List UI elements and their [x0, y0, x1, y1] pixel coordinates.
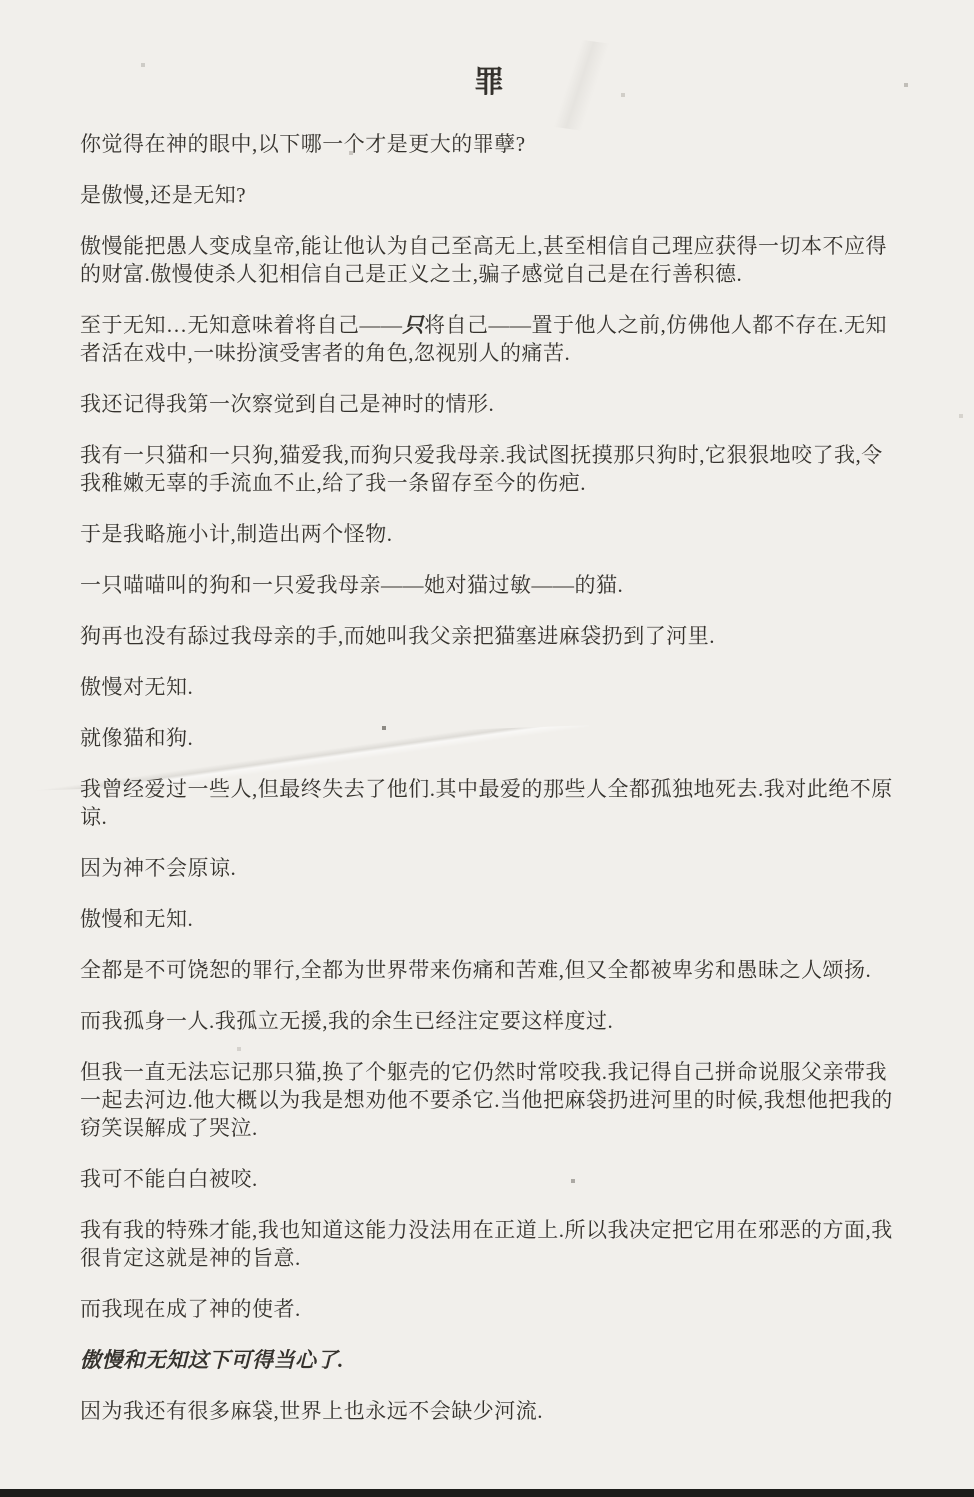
paragraph: 你觉得在神的眼中,以下哪一个才是更大的罪孽?: [80, 130, 900, 158]
paragraph-text: 一只喵喵叫的狗和一只爱我母亲——她对猫过敏——的猫.: [80, 573, 623, 597]
paragraph-text: 傲慢对无知.: [80, 675, 193, 699]
paragraph-text: 傲慢和无知这下可得当心了.: [80, 1348, 344, 1372]
document-body: 你觉得在神的眼中,以下哪一个才是更大的罪孽?是傲慢,还是无知?傲慢能把愚人变成皇…: [80, 130, 900, 1425]
paragraph: 傲慢和无知.: [80, 905, 900, 933]
paragraph-text: 至于无知…无知意味着将自己——: [80, 313, 403, 337]
paragraph: 傲慢和无知这下可得当心了.: [80, 1346, 900, 1374]
paragraph-text: 傲慢能把愚人变成皇帝,能让他认为自己至高无上,甚至相信自己理应获得一切本不应得的…: [80, 234, 887, 286]
note-content: 罪 你觉得在神的眼中,以下哪一个才是更大的罪孽?是傲慢,还是无知?傲慢能把愚人变…: [80, 64, 900, 1448]
paper-specks: [0, 0, 2, 2]
paragraph-text: 就像猫和狗.: [80, 726, 193, 750]
paragraph: 因为神不会原谅.: [80, 854, 900, 882]
paragraph: 全都是不可饶恕的罪行,全都为世界带来伤痛和苦难,但又全都被卑劣和愚昧之人颂扬.: [80, 956, 900, 984]
paragraph: 我曾经爱过一些人,但最终失去了他们.其中最爱的那些人全都孤独地死去.我对此绝不原…: [80, 775, 900, 831]
paragraph-text: 我可不能白白被咬.: [80, 1167, 258, 1191]
paragraph: 而我孤身一人.我孤立无援,我的余生已经注定要这样度过.: [80, 1007, 900, 1035]
photo-edge-bottom: [0, 1489, 974, 1497]
paragraph-text: 因为我还有很多麻袋,世界上也永远不会缺少河流.: [80, 1399, 543, 1423]
paragraph: 我有我的特殊才能,我也知道这能力没法用在正道上.所以我决定把它用在邪恶的方面,我…: [80, 1216, 900, 1272]
paragraph: 因为我还有很多麻袋,世界上也永远不会缺少河流.: [80, 1397, 900, 1425]
paragraph-text: 狗再也没有舔过我母亲的手,而她叫我父亲把猫塞进麻袋扔到了河里.: [80, 624, 715, 648]
paragraph: 是傲慢,还是无知?: [80, 181, 900, 209]
paragraph: 于是我略施小计,制造出两个怪物.: [80, 520, 900, 548]
paragraph: 就像猫和狗.: [80, 724, 900, 752]
paragraph: 傲慢能把愚人变成皇帝,能让他认为自己至高无上,甚至相信自己理应获得一切本不应得的…: [80, 232, 900, 288]
note-title: 罪: [80, 64, 900, 102]
paragraph-text: 我有我的特殊才能,我也知道这能力没法用在正道上.所以我决定把它用在邪恶的方面,我…: [80, 1218, 893, 1270]
paragraph-text: 是傲慢,还是无知?: [80, 183, 246, 207]
paragraph-text: 我还记得我第一次察觉到自己是神时的情形.: [80, 392, 494, 416]
paragraph-text: 全都是不可饶恕的罪行,全都为世界带来伤痛和苦难,但又全都被卑劣和愚昧之人颂扬.: [80, 958, 871, 982]
paper-page: 罪 你觉得在神的眼中,以下哪一个才是更大的罪孽?是傲慢,还是无知?傲慢能把愚人变…: [0, 0, 974, 1497]
paragraph: 但我一直无法忘记那只猫,换了个躯壳的它仍然时常咬我.我记得自己拼命说服父亲带我一…: [80, 1058, 900, 1142]
paragraph-text: 而我现在成了神的使者.: [80, 1297, 301, 1321]
paragraph: 我可不能白白被咬.: [80, 1165, 900, 1193]
paragraph-text: 而我孤身一人.我孤立无援,我的余生已经注定要这样度过.: [80, 1009, 613, 1033]
paragraph-text: 但我一直无法忘记那只猫,换了个躯壳的它仍然时常咬我.我记得自己拼命说服父亲带我一…: [80, 1060, 893, 1140]
paragraph-text: 因为神不会原谅.: [80, 856, 236, 880]
paragraph: 而我现在成了神的使者.: [80, 1295, 900, 1323]
paragraph: 狗再也没有舔过我母亲的手,而她叫我父亲把猫塞进麻袋扔到了河里.: [80, 622, 900, 650]
paragraph: 我有一只猫和一只狗,猫爱我,而狗只爱我母亲.我试图抚摸那只狗时,它狠狠地咬了我,…: [80, 441, 900, 497]
paragraph-text: 我有一只猫和一只狗,猫爱我,而狗只爱我母亲.我试图抚摸那只狗时,它狠狠地咬了我,…: [80, 443, 883, 495]
emphasized-text: 只: [403, 313, 425, 337]
paragraph-text: 于是我略施小计,制造出两个怪物.: [80, 522, 393, 546]
paragraph: 傲慢对无知.: [80, 673, 900, 701]
paragraph: 我还记得我第一次察觉到自己是神时的情形.: [80, 390, 900, 418]
paragraph-text: 我曾经爱过一些人,但最终失去了他们.其中最爱的那些人全都孤独地死去.我对此绝不原…: [80, 777, 893, 829]
paragraph-text: 傲慢和无知.: [80, 907, 193, 931]
paragraph: 至于无知…无知意味着将自己——只将自己——置于他人之前,仿佛他人都不存在.无知者…: [80, 311, 900, 367]
paragraph-text: 你觉得在神的眼中,以下哪一个才是更大的罪孽?: [80, 132, 526, 156]
paragraph: 一只喵喵叫的狗和一只爱我母亲——她对猫过敏——的猫.: [80, 571, 900, 599]
